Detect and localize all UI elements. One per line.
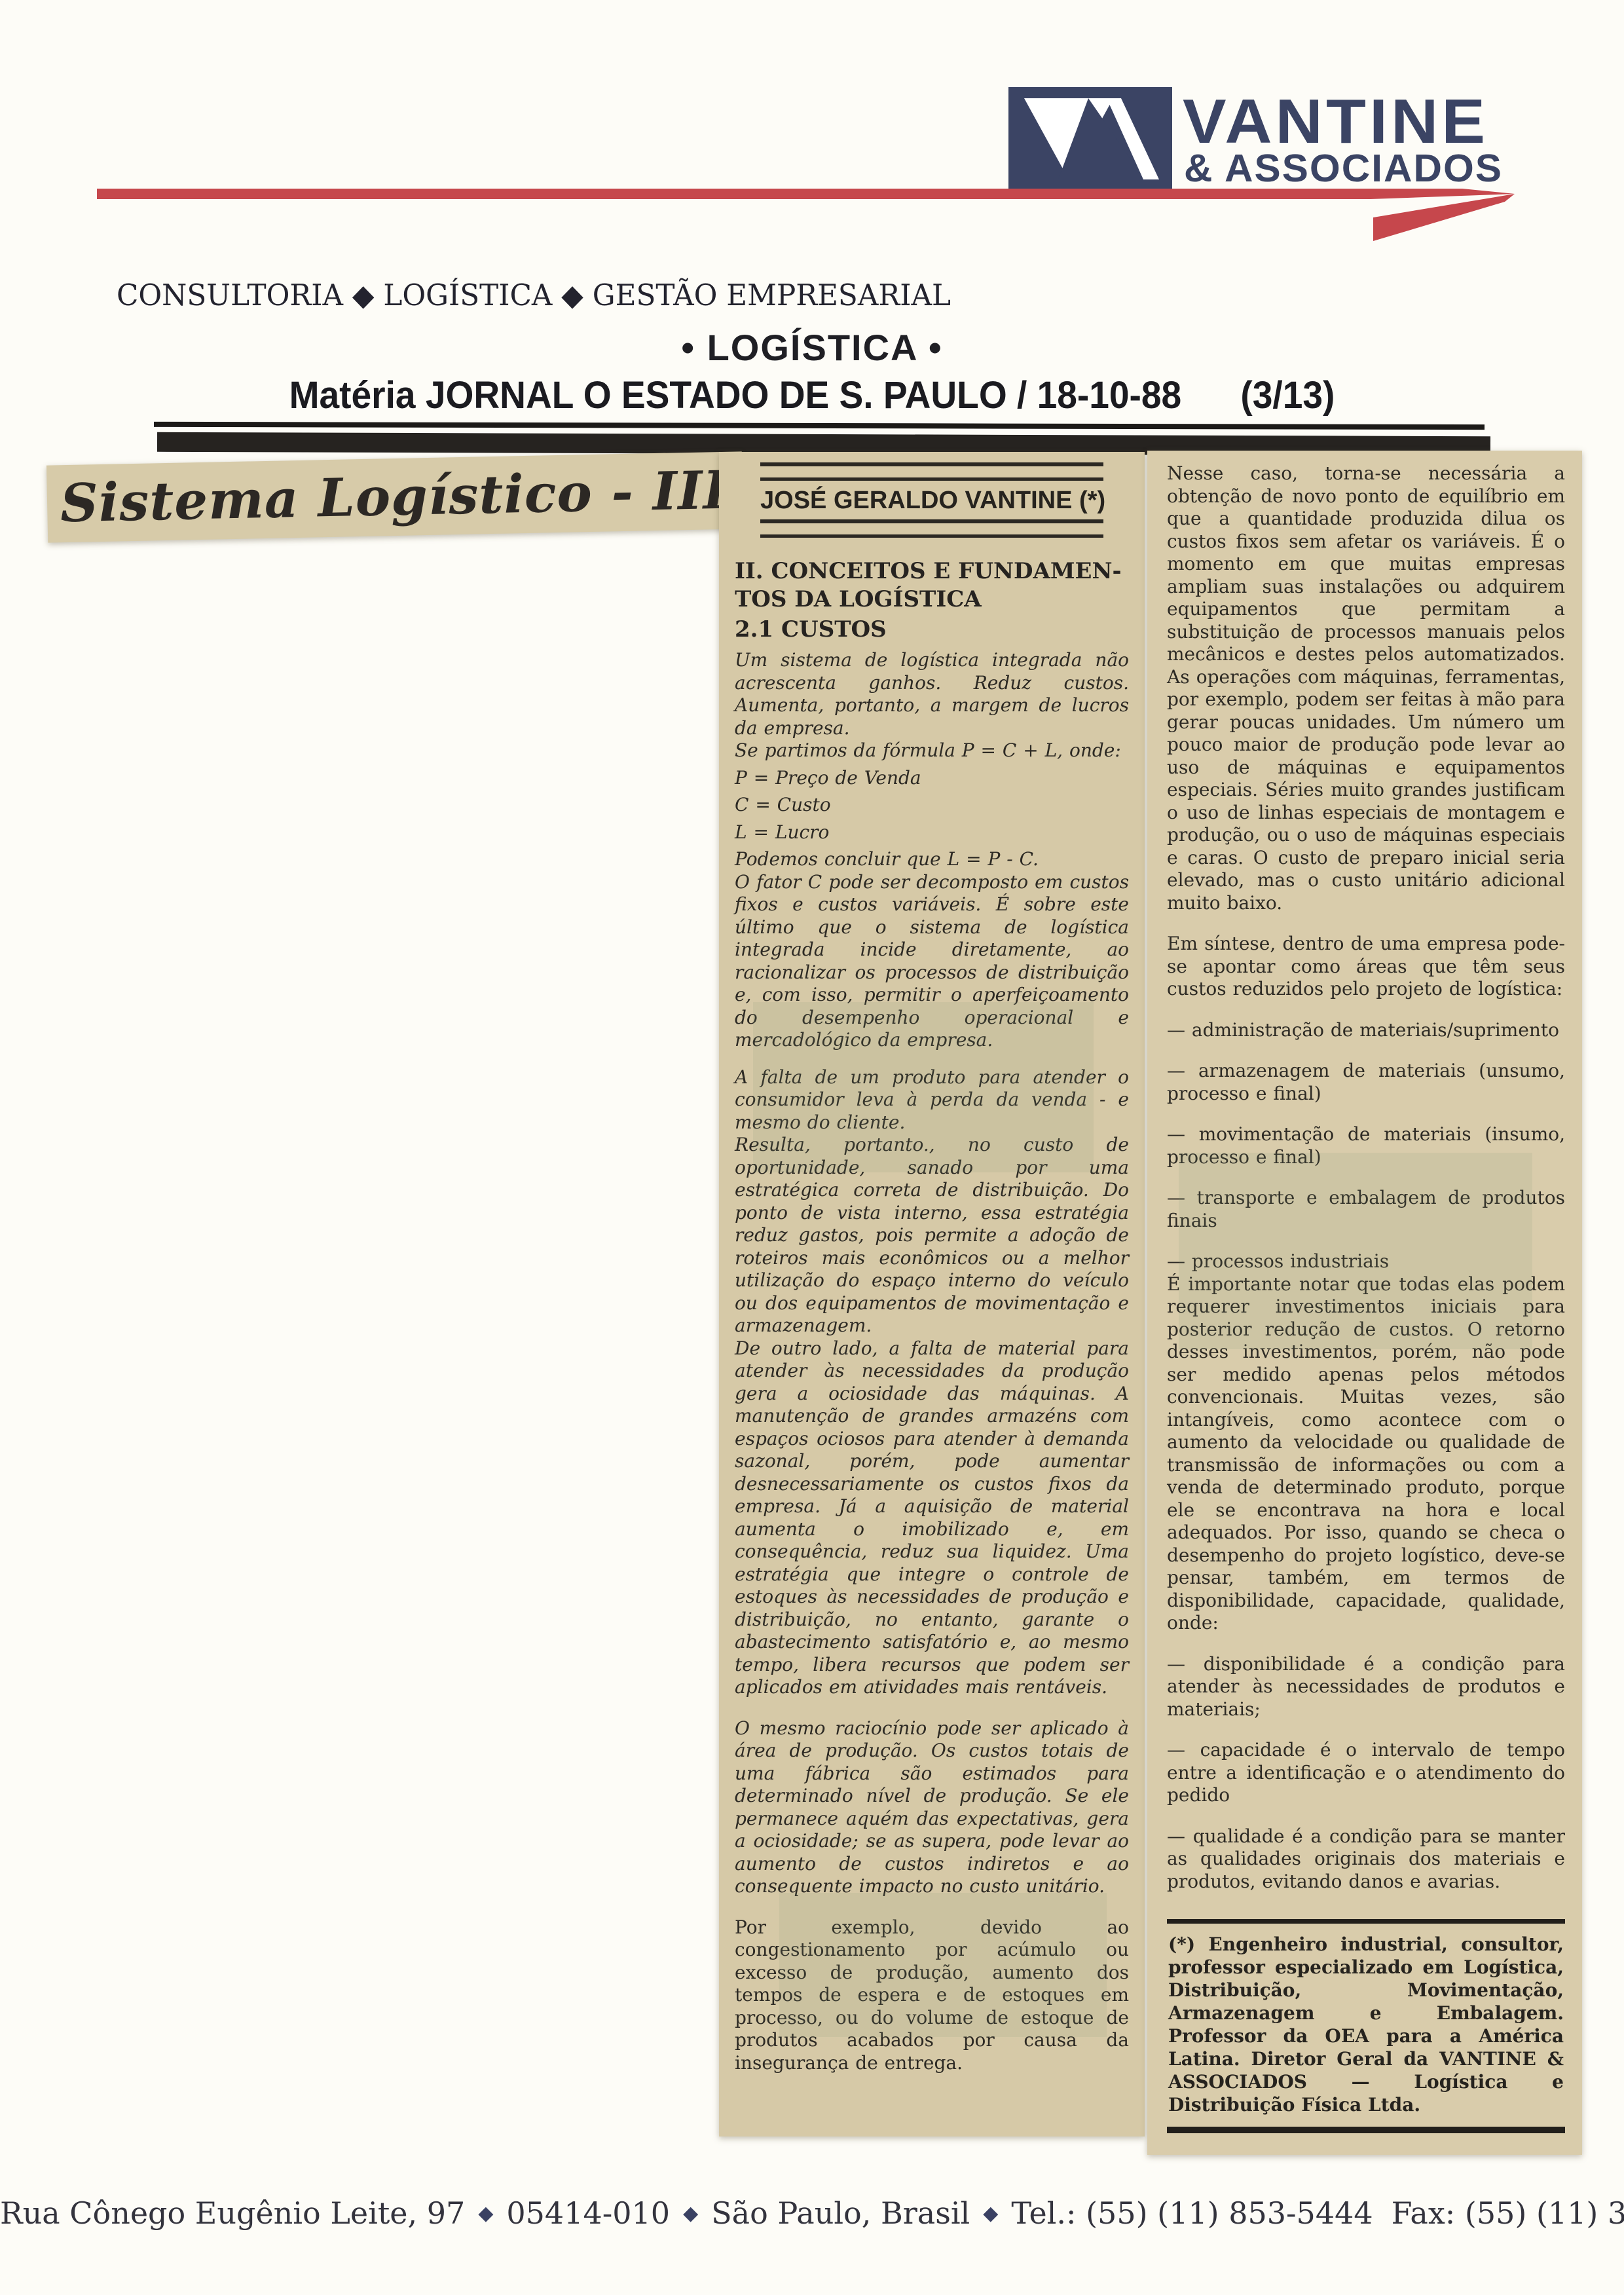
paragraph: Por exemplo, devido ao congestionamento … <box>735 1916 1129 2075</box>
list-item: — disponibilidade é a condição para aten… <box>1167 1653 1565 1721</box>
byline-rule-bottom <box>760 519 1103 538</box>
paragraph: É importante notar que todas elas podem … <box>1167 1273 1565 1635</box>
author-footnote: (*) Engenheiro industrial, consultor, pr… <box>1167 1919 1565 2133</box>
list-item: — administração de materiais/suprimento <box>1167 1019 1565 1042</box>
paragraph: De outro lado, a falta de material para … <box>735 1337 1129 1699</box>
footer-address-line: Rua Cônego Eugênio Leite, 97◆05414-010◆S… <box>0 2195 1624 2231</box>
paragraph: Em síntese, dentro de uma empresa pode-s… <box>1167 933 1565 1001</box>
source-line-row: Matéria JORNAL O ESTADO DE S. PAULO / 18… <box>41 373 1583 417</box>
byline-box: JOSÉ GERALDO VANTINE (*) <box>760 462 1103 538</box>
paragraph: Um sistema de logística integrada não ac… <box>735 649 1129 739</box>
article-column-1: JOSÉ GERALDO VANTINE (*) II. CONCEITOS E… <box>719 452 1145 2136</box>
list-item: — transporte e embalagem de produtos fin… <box>1167 1187 1565 1232</box>
headline-clipping: Sistema Logístico - III <box>46 451 743 542</box>
source-line: Matéria JORNAL O ESTADO DE S. PAULO / 18… <box>289 373 1182 417</box>
diamond-separator-icon: ◆ <box>478 2202 493 2225</box>
vantine-logo-emblem-icon <box>1008 87 1172 189</box>
diamond-separator-icon: ◆ <box>983 2202 998 2225</box>
paragraph: O fator C pode ser decomposto em custos … <box>735 871 1129 1052</box>
formula-line: L = Lucro <box>735 821 1129 844</box>
scanned-letterhead-page: VANTINE & ASSOCIADOS CONSULTORIA ◆ LOGÍS… <box>0 0 1624 2295</box>
paragraph: O mesmo raciocínio pode ser aplicado à á… <box>735 1717 1129 1898</box>
diamond-separator-icon: ◆ <box>683 2202 698 2225</box>
letterhead-tagline: CONSULTORIA ◆ LOGÍSTICA ◆ GESTÃO EMPRESA… <box>117 278 951 312</box>
section-heading: II. CONCEITOS E FUNDAMEN- <box>735 557 1129 586</box>
article-headline: Sistema Logístico - III <box>46 451 743 541</box>
formula-line: C = Custo <box>735 794 1129 817</box>
paragraph: Se partimos da fórmula P = C + L, onde: <box>735 739 1129 762</box>
paragraph: Nesse caso, torna-se necessária a obtenç… <box>1167 462 1565 914</box>
phone: Tel.: (55) (11) 853-5444 <box>1011 2195 1373 2231</box>
byline-rule-top <box>760 462 1103 481</box>
separator-bar-thin <box>154 422 1485 430</box>
fax: Fax: (55) (11) 3064-9733 <box>1392 2195 1624 2231</box>
sub-heading: 2.1 CUSTOS <box>735 616 1129 644</box>
logo-wordmark: VANTINE <box>1183 90 1488 153</box>
formula-line: P = Preço de Venda <box>735 767 1129 790</box>
paragraph: A falta de um produto para atender o con… <box>735 1066 1129 1134</box>
list-item: — capacidade é o intervalo de tempo entr… <box>1167 1739 1565 1807</box>
byline: JOSÉ GERALDO VANTINE (*) <box>760 481 1103 519</box>
section-heading: TOS DA LOGÍSTICA <box>735 586 1129 614</box>
list-item: — movimentação de materiais (insumo, pro… <box>1167 1123 1565 1168</box>
list-item: — armazenagem de materiais (unsumo, proc… <box>1167 1060 1565 1105</box>
list-item: — processos industriais <box>1167 1250 1565 1273</box>
logo-subname: & ASSOCIADOS <box>1184 149 1503 188</box>
article-column-2: Nesse caso, torna-se necessária a obtenç… <box>1147 451 1582 2155</box>
paragraph: Podemos concluir que L = P - C. <box>735 848 1129 871</box>
section-label: • LOGÍSTICA • <box>0 326 1624 369</box>
red-arrow-rule-icon <box>97 183 1527 266</box>
postal-code: 05414-010 <box>506 2195 670 2231</box>
paragraph: Resulta, portanto., no custo de oportuni… <box>735 1134 1129 1337</box>
list-item: — qualidade é a condição para se manter … <box>1167 1825 1565 1894</box>
city: São Paulo, Brasil <box>711 2195 970 2231</box>
page-indicator: (3/13) <box>1240 373 1335 417</box>
street-address: Rua Cônego Eugênio Leite, 97 <box>0 2195 465 2231</box>
